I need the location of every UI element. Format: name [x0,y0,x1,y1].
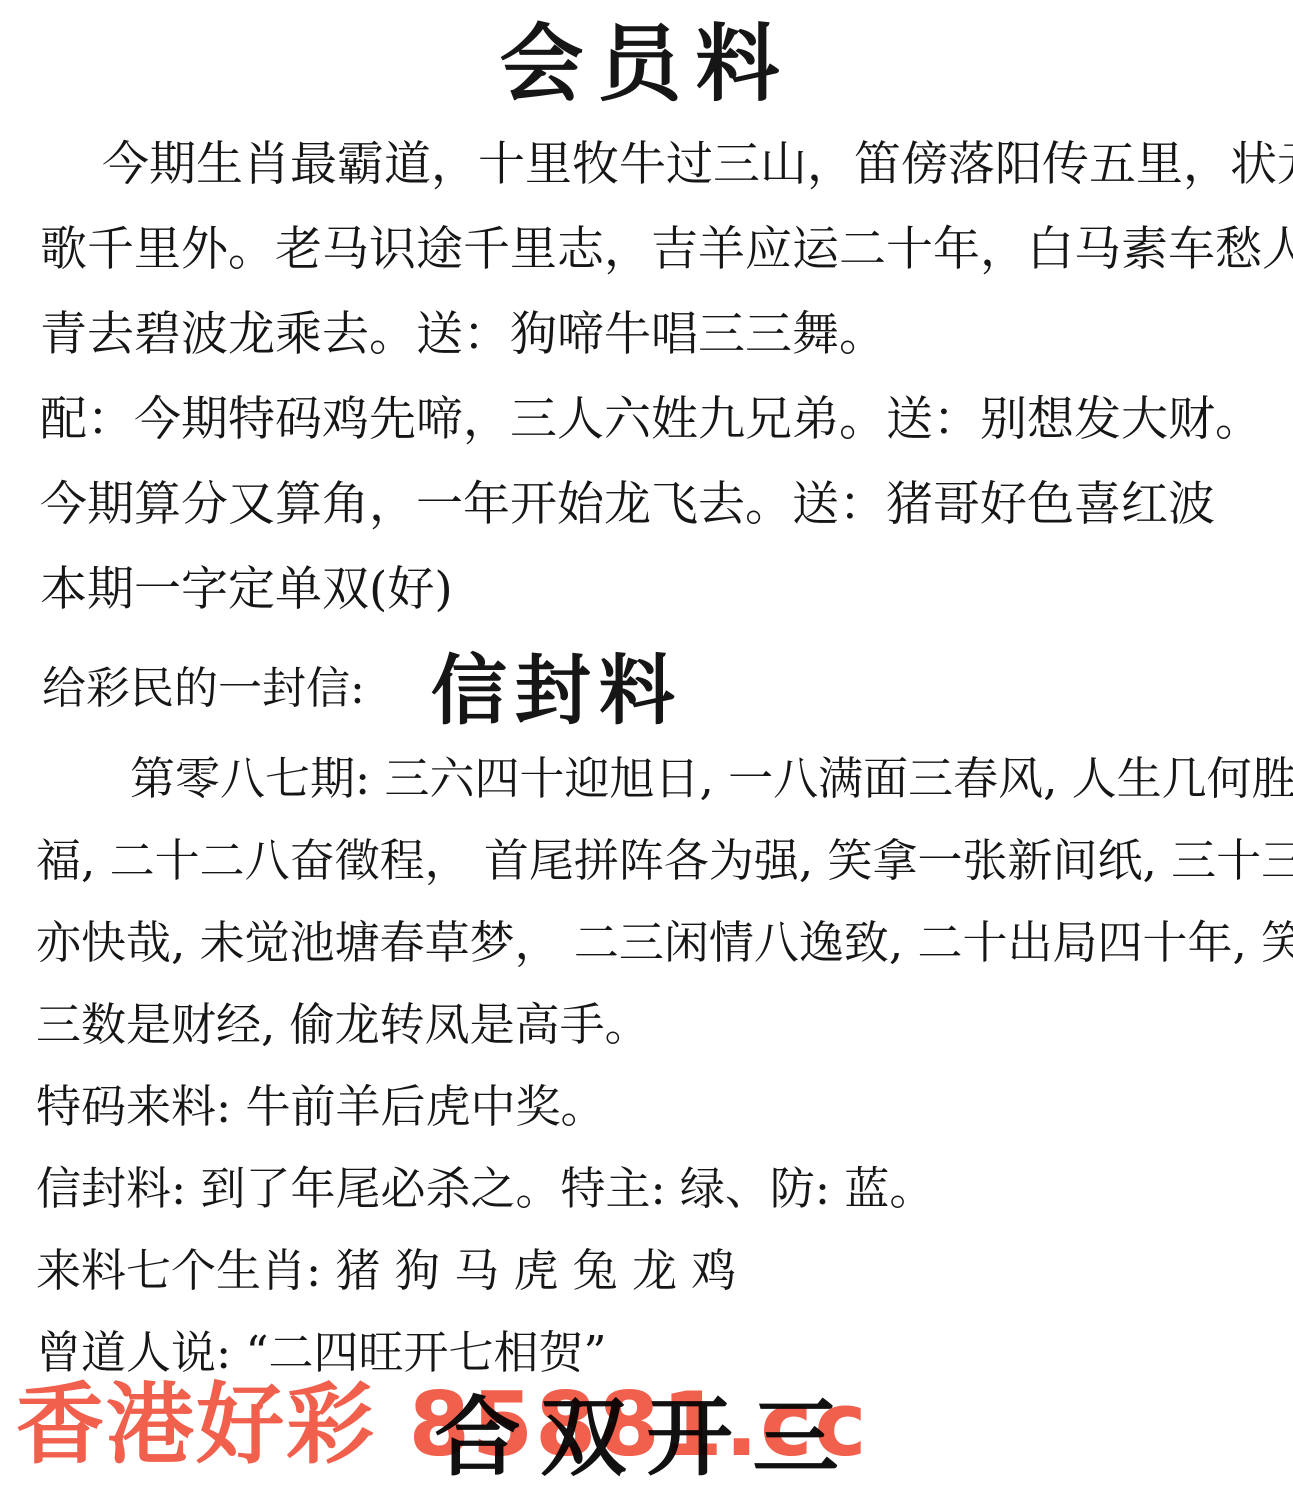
member-text-line: 今期生肖最霸道，十里牧牛过三山，笛傍落阳传五里，状元传 [0,122,1293,207]
letter-to-punters-label: 给彩民的一封信: [42,652,365,716]
site-watermark: 香港好彩 85881.cc [16,1370,869,1480]
footer-area: 合双开三 香港好彩 85881.cc [0,1370,1293,1500]
envelope-text-line: 第零八七期: 三六四十迎旭日, 一八满面三春风, 人生几何胜过 [0,738,1293,820]
envelope-section-body: 第零八七期: 三六四十迎旭日, 一八满面三春风, 人生几何胜过 福, 二十二八奋… [0,738,1293,1394]
member-text-line: 本期一字定单双(好) [0,547,1293,632]
member-section-title: 会员料 [0,0,1293,118]
tips-sheet-page: 会员料 今期生肖最霸道，十里牧牛过三山，笛傍落阳传五里，状元传 歌千里外。老马识… [0,0,1293,1500]
envelope-section-header: 给彩民的一封信: 信封料 [0,632,1293,736]
member-text-line: 今期算分又算角，一年开始龙飞去。送：猪哥好色喜红波 [0,462,1293,547]
member-text-line: 青去碧波龙乘去。送：狗啼牛唱三三舞。 [0,292,1293,377]
envelope-section-title: 信封料 [431,630,683,739]
envelope-text-line: 来料七个生肖: 猪 狗 马 虎 兔 龙 鸡 [0,1230,1293,1312]
envelope-text-line: 亦快哉, 未觉池塘春草梦， 二三闲情八逸致, 二十出局四十年, 笑谈 [0,902,1293,984]
envelope-text-line: 特码来料: 牛前羊后虎中奖。 [0,1066,1293,1148]
member-section-body: 今期生肖最霸道，十里牧牛过三山，笛傍落阳传五里，状元传 歌千里外。老马识途千里志… [0,122,1293,632]
member-text-line: 配：今期特码鸡先啼，三人六姓九兄弟。送：别想发大财。 [0,377,1293,462]
envelope-text-line: 信封料: 到了年尾必杀之。特主: 绿、防: 蓝。 [0,1148,1293,1230]
envelope-text-line: 福, 二十二八奋徵程， 首尾拼阵各为强, 笑拿一张新间纸, 三十三不 [0,820,1293,902]
member-text-line: 歌千里外。老马识途千里志，吉羊应运二十年，白马素车愁人梦， [0,207,1293,292]
envelope-text-line: 三数是财经, 偷龙转凤是高手。 [0,984,1293,1066]
